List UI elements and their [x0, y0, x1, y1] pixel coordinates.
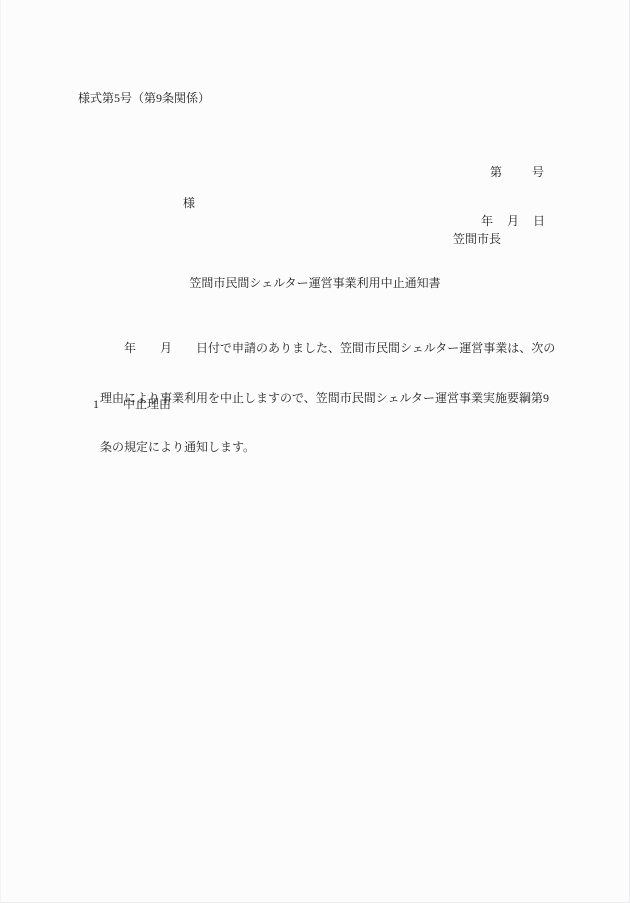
document-date-blank: 年 月 日: [481, 214, 546, 228]
cancellation-reason-heading: 1 中止理由: [93, 397, 171, 411]
body-line-1: 年 月 日付で申請のありました、笠間市民間シェルター運営事業は、次の: [100, 341, 555, 363]
body-line-3: 条の規定により通知します。: [100, 440, 555, 462]
addressee-honorific: 様: [183, 196, 195, 210]
sender-name: 笠間市長: [453, 232, 501, 246]
document-title: 笠間市民間シェルター運営事業利用中止通知書: [0, 276, 630, 290]
document-page: 様式第5号（第9条関係） 第 号 年 月 日 様 笠間市長 笠間市民間シェルター…: [0, 0, 630, 903]
form-number-label: 様式第5号（第9条関係）: [78, 91, 210, 105]
document-number-blank: 第 号: [481, 165, 546, 179]
